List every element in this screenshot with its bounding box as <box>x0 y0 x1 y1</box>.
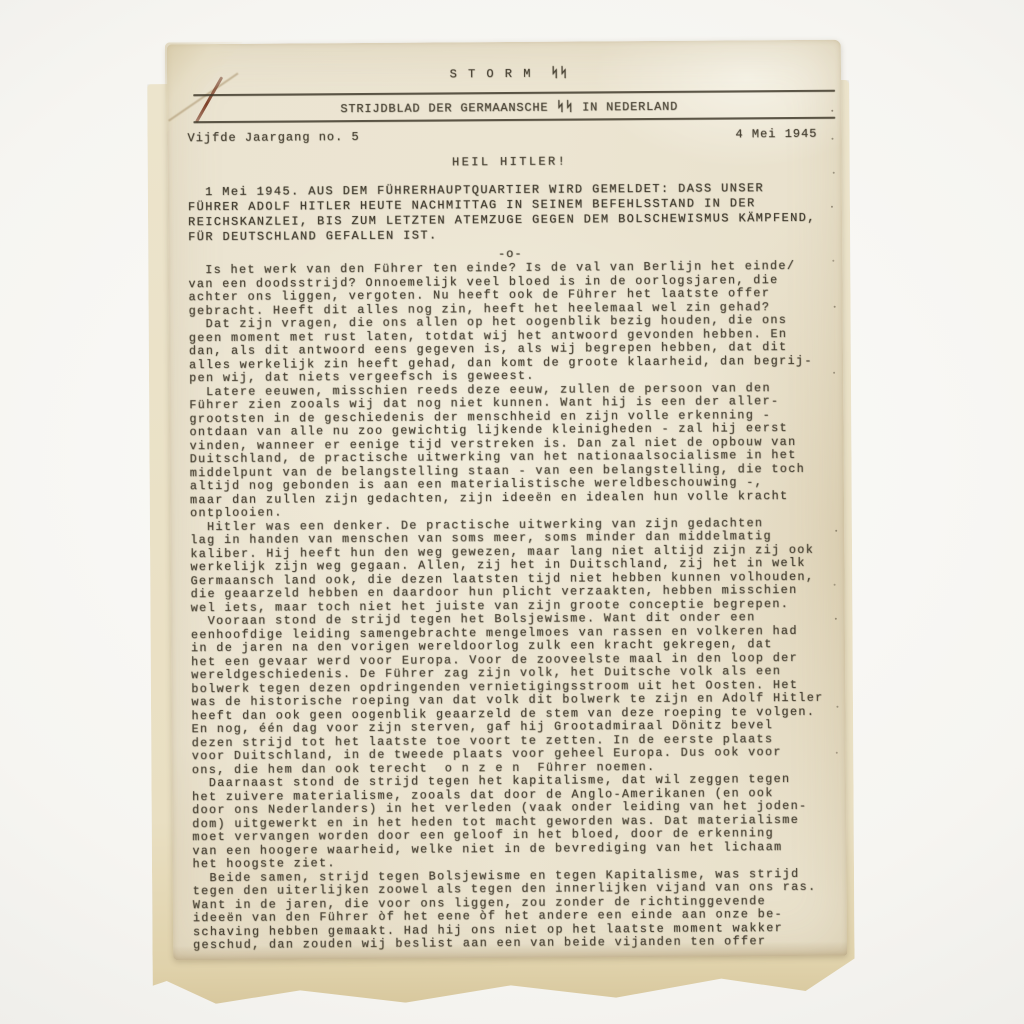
masthead-subtitle: STRIJDBLAD DER GERMAANSCHE ᛋᛋ IN NEDERLA… <box>187 98 831 116</box>
paragraph: Latere eeuwen, misschien reeds deze eeuw… <box>189 381 834 520</box>
announcement-paragraph: 1 Mei 1945. AUS DEM FÜHRERHAUPTQUARTIER … <box>188 181 832 245</box>
issue-line: Vijfde Jaargang no. 5 4 Mei 1945 <box>187 127 831 145</box>
paragraph: Is het werk van den Führer ten einde? Is… <box>188 260 832 318</box>
page-content: S T O R M ᛋᛋ STRIJDBLAD DER GERMAANSCHE … <box>167 40 847 961</box>
ss-runes-icon: ᛋᛋ <box>551 66 569 81</box>
paragraph: Vooraan stond de strijd tegen het Bolsje… <box>191 611 836 777</box>
edge-specks <box>831 110 833 112</box>
paragraph: Dat zijn vragen, die ons allen op het oo… <box>189 314 833 386</box>
ss-runes-icon: ᛋᛋ <box>556 100 574 115</box>
subtitle-text-right: IN NEDERLAND <box>574 100 678 115</box>
paragraph: Daarnaast stond de strijd tegen het kapi… <box>192 773 837 872</box>
subtitle-text-left: STRIJDBLAD DER GERMAANSCHE <box>340 101 556 117</box>
article-heading: HEIL HITLER! <box>188 153 832 171</box>
divider-rule-bottom <box>193 117 835 123</box>
document-page: S T O R M ᛋᛋ STRIJDBLAD DER GERMAANSCHE … <box>167 40 847 961</box>
paragraph: Beide samen, strijd tegen Bolsjewisme en… <box>193 867 838 952</box>
paragraph: Hitler was een denker. De practische uit… <box>190 516 835 615</box>
issue-date: 4 Mei 1945 <box>735 127 817 142</box>
masthead-title-text: S T O R M <box>450 67 533 82</box>
issue-number: Vijfde Jaargang no. 5 <box>187 130 359 145</box>
divider-rule-top <box>193 90 835 96</box>
masthead-title: S T O R M ᛋᛋ <box>187 64 831 82</box>
photo-background: S T O R M ᛋᛋ STRIJDBLAD DER GERMAANSCHE … <box>0 0 1024 1024</box>
